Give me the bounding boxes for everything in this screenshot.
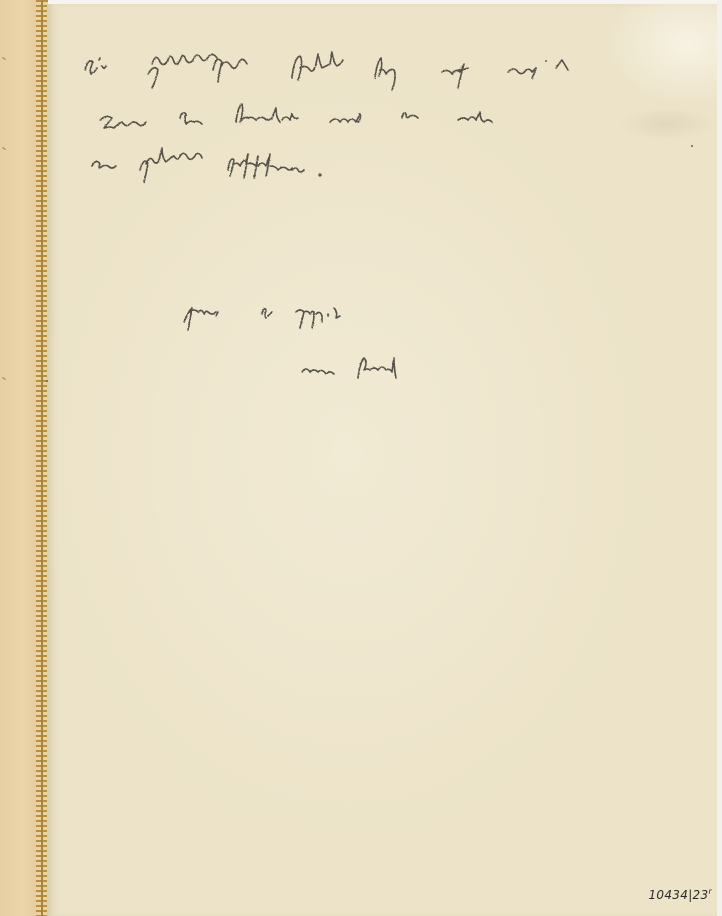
folio-catalog-number: 10434 bbox=[649, 888, 689, 902]
paper-speck bbox=[46, 380, 48, 382]
bleed-through-mark bbox=[2, 377, 6, 380]
folio-side: r bbox=[708, 887, 712, 896]
paper-speck bbox=[545, 60, 547, 62]
folio-number: 10434|23r bbox=[649, 887, 713, 902]
adjacent-page-edge bbox=[0, 0, 38, 916]
scan-background-right bbox=[717, 0, 722, 916]
folio-leaf-number: 23 bbox=[693, 888, 709, 902]
bleed-through-mark bbox=[2, 147, 6, 150]
paper-speck bbox=[691, 145, 693, 147]
bleed-through-mark bbox=[2, 57, 6, 60]
manuscript-page bbox=[47, 4, 717, 916]
